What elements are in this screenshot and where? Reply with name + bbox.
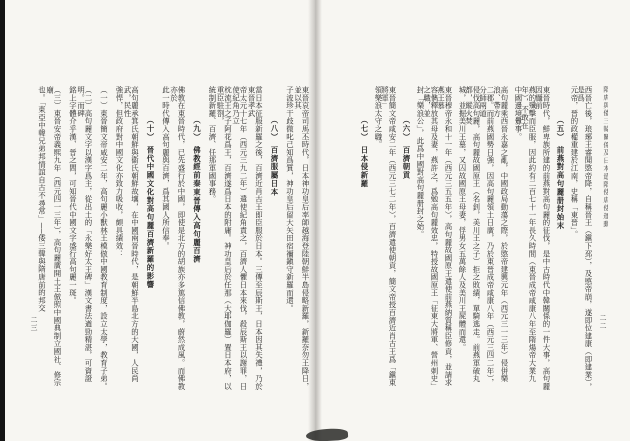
section-heading-column: （八） 百濟服屬日本	[263, 86, 279, 394]
text-column: 東晉簡文帝咸安二年（西元三七二年），百濟遣使朝貢，簡文帝授百濟近肖古王爲「鎭東將…	[382, 86, 396, 394]
text-column: （一）東晉簡文帝咸安二年，高句麗小獸林王模倣中國教育制度，設立太學，教育子弟。	[92, 86, 108, 394]
page-number-left: 二三	[27, 316, 37, 332]
text-column: 東晉時代，鮮卑族所建的前燕對高句麗的征伐，是中古時代中韓關係的一件大事，高句麗因…	[536, 86, 550, 394]
text-column: 西晉亡後，琅琊王睿聞愍帝降，自稱晉王（鎭下邳），及愍帝崩，遂即位建康（即建業），…	[578, 86, 592, 394]
text-column: 佛教在東晉時代，已先盛行於中國，即使是北方的胡族亦多篤信佛教，蔚然成風。而佛教亦…	[170, 86, 186, 394]
text-column: 侵伐高句麗，高句麗故國原王（名釗，美川王之子）拒之敗績，單騎逃走。前燕軍破丸都，…	[466, 86, 480, 394]
section-heading-column: （七） 日本侵新羅	[354, 86, 368, 394]
text-column: 枕流王之子阿花爲王，百濟遂爲日本的附庸。神功皇后於任那（大耶伽羅）置日本府，以重…	[216, 86, 232, 394]
page-number-right: 二二	[596, 314, 606, 330]
section-heading-column: （六） 百濟朝貢	[396, 86, 410, 394]
text-column: 中國邊境釁事。	[508, 86, 522, 394]
text-column: 封「樂浪公」，此爲中國對高句麗册封之始。	[410, 86, 424, 394]
section-heading-column: （五） 前燕對高句麗册封始末	[550, 86, 564, 394]
text-column: 東晉哀帝司馬丕時代，日本神功皇后率師越海登陸朝鮮半島侵略新羅，新羅奈勿王降日，並…	[294, 86, 310, 394]
text-column: 元帝，晉的政權重建於江南，史稱「東晉」。	[564, 86, 578, 394]
text-column: 城，並掘美川王墓，又囚故國原王母妻，俘男女五萬餘人及美川王屍體而還。	[452, 86, 466, 394]
text-column: 燕的殲擊而臣服，因此約有二百七十一年長久時間（東晉成帝咸康八年至隋煬帝大業九年）…	[522, 86, 536, 394]
text-column: 子波珍干歧微叱己知爲質，神功皇后留大矢田宿禰鎭守新羅而還。	[278, 86, 294, 394]
page-right: 隋唐與倭三韓關係及日本遣隋使唐使運動西晉亡後，琅琊王睿聞愍帝降，自稱晉王（鎭下邳…	[354, 86, 608, 394]
text-column: 帝太元十七年（西元三九二年）遣使紀角責之，百濟人懼日本來伐，殺辰斯王以謝罪，日使…	[232, 86, 248, 394]
scan-edge-border	[0, 0, 5, 441]
text-column: （二）高句麗文字以漢字爲主，從出土的「永樂好太王碑」漢文書法遒勁精湛，可資證明。…	[77, 86, 93, 394]
text-column: 高句麗乘西晉永嘉之亂，中國政局動蕩之際，於愍帝建興元年（西元三一三年）侵併樂浪、…	[494, 86, 508, 394]
text-column: 東晉穆帝永和十一年（西元三五五年），高句麗故國原王遣使前燕納質稱臣修貢，並請求燕…	[438, 86, 452, 394]
text-column: （三）東晉安帝義熙九年（西元四一三年），高句麗廣開土王倣照中國典制立國社、修宗廟	[46, 86, 62, 394]
section-heading-column: （九） 佛教經前秦東晉傳入高句麗百濟	[185, 86, 201, 394]
text-column: 也。「東亞中韓兄弟邦情誼自古不尋常」──倭三韓與隋唐前的邦交	[30, 86, 46, 394]
text-column: 銘上字體介乎漢、晉之間，可知晉代中國文字盛行高句麗一斑。	[61, 86, 77, 394]
text-column: 當日本征服新羅之後，百濟近肖古王即臣服於日本。三傳至辰斯王，日本因其失禮，乃於東…	[247, 86, 263, 394]
text-column: 強悍，但政府對中國文化亦致力吸收，頗具績效：	[108, 86, 124, 394]
text-column: 容儁釋放其母及妻，燕許之，爲勉高句麗效忠，特授故國原王「征東大將軍、營州刺史」之…	[424, 86, 438, 394]
text-column: 此一時代傳入高句麗與百濟，爲其國人所信奉。	[154, 86, 170, 394]
running-title: 隋唐與倭三韓關係及日本遣隋使唐使運動	[592, 86, 608, 394]
section-heading-column: （十） 晉代中國文化對高句麗百濟新羅的影響	[139, 86, 155, 394]
text-column: 統制新羅、百濟、任那軍國事務。	[201, 86, 217, 394]
text-column: 二郡。而前燕國勢日強，因高句麗領土日廣，乃於東晉成帝咸康八年（西元三四二年），分…	[480, 86, 494, 394]
text-column: 高句麗承箕氏朝鮮與衞氏朝鮮故壤，在中國兩晉時代，是朝鮮半島北方的大國，人民尚武，…	[123, 86, 139, 394]
page-gutter-shadow	[308, 0, 322, 441]
page-left: 東晉哀帝司馬丕時代，日本神功皇后率師越海登陸朝鮮半島侵略新羅，新羅奈勿王降日，並…	[28, 86, 309, 394]
text-column: 領樂浪太守之職。	[368, 86, 382, 394]
book-scan: 隋唐與倭三韓關係及日本遣隋使唐使運動西晉亡後，琅琊王睿聞愍帝降，自稱晉王（鎭下邳…	[0, 0, 630, 441]
